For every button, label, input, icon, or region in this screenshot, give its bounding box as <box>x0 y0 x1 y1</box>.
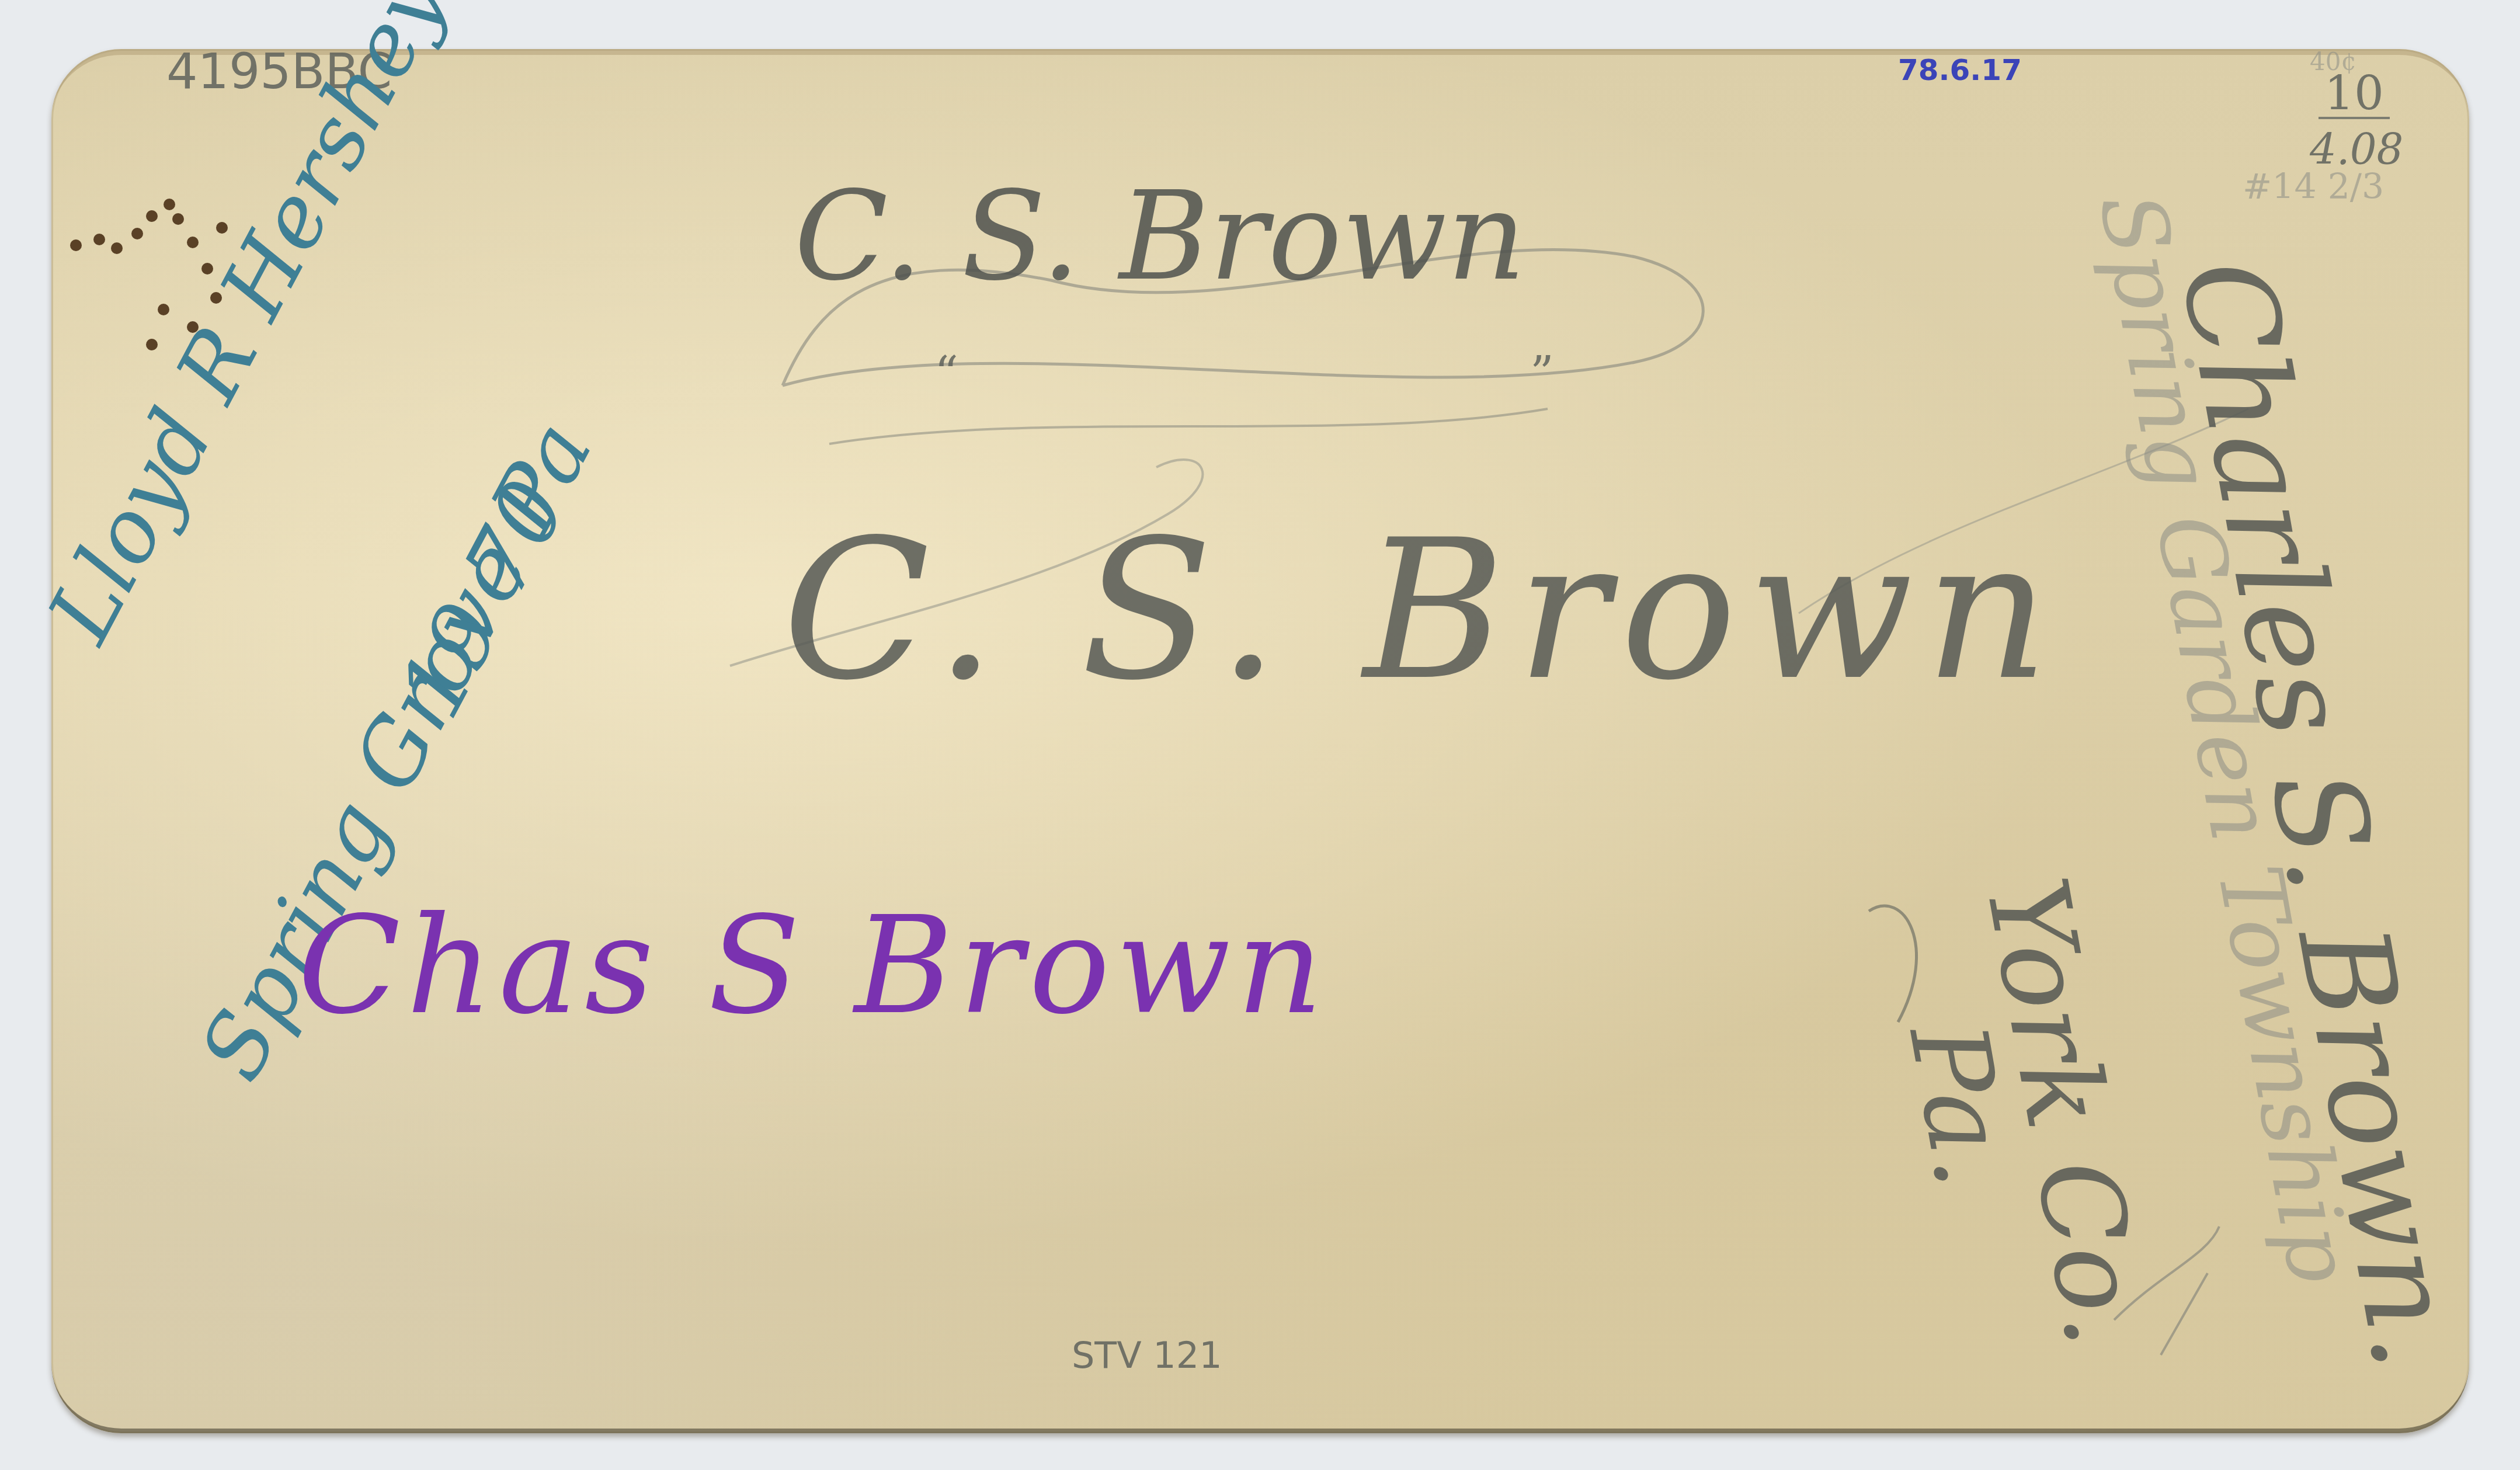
pin-hole <box>146 210 158 222</box>
pin-hole <box>216 222 228 234</box>
pin-hole <box>187 237 199 248</box>
scanner-background: 4195BBC 78.6.17 40¢ 10 4.08 #14 2/3 C. S… <box>0 0 2520 1470</box>
price-numerator: 10 <box>2319 70 2390 119</box>
pin-hole <box>172 213 184 225</box>
ditto-mark-right: ” <box>1530 350 1554 397</box>
signature-practice-top: C. S. Brown <box>794 175 1526 298</box>
date-stamp: 78.6.17 <box>1898 55 2022 85</box>
pin-hole <box>131 228 143 239</box>
ditto-mark-left: “ <box>934 350 958 397</box>
pin-hole <box>158 304 169 315</box>
bottom-code: STV 121 <box>1072 1337 1222 1374</box>
pin-hole <box>146 339 158 350</box>
price-denominator: 4.08 <box>2310 128 2403 171</box>
corner-code: #14 2/3 <box>2243 169 2384 204</box>
pin-hole <box>164 199 175 210</box>
vertical-state: Pa. <box>1894 1016 2025 1194</box>
pin-hole <box>93 234 105 245</box>
pin-hole <box>70 239 82 251</box>
signature-violet: Chas S Brown <box>298 899 1329 1034</box>
pin-hole <box>111 242 123 254</box>
signature-practice-large: C. S. Brown <box>783 514 2061 707</box>
